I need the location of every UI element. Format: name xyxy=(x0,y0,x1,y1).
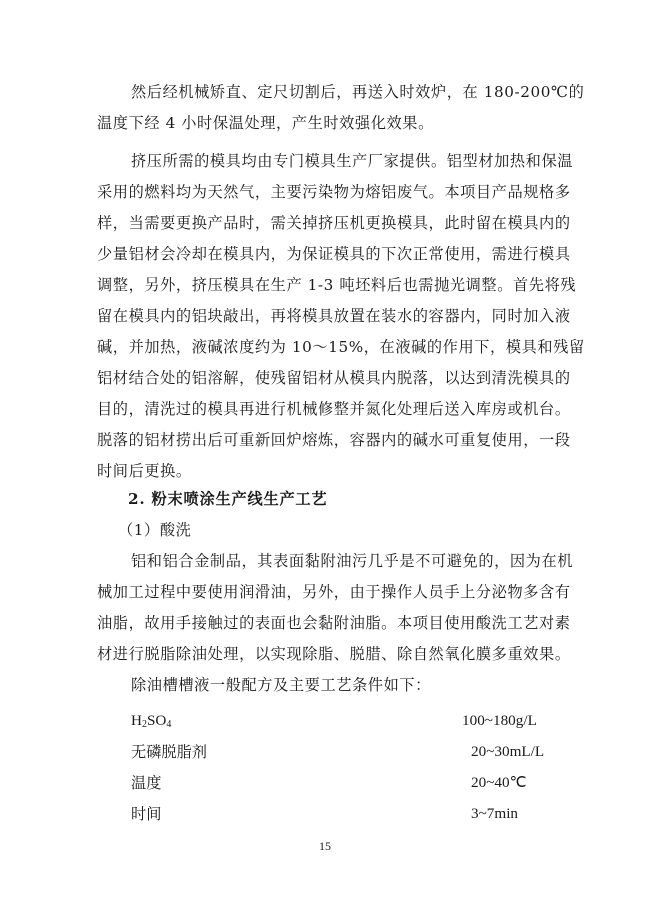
text-line: 样，当需要更换产品时，需关掉挤压机更换模具，此时留在模具内的 xyxy=(97,213,557,233)
formula-component: H2SO4 xyxy=(131,711,171,735)
text-line: 油脂，故用手接触过的表面也会黏附油脂。本项目使用酸洗工艺对素 xyxy=(97,613,557,633)
formula-value: 3~7min xyxy=(471,804,518,824)
text-line: 铝材结合处的铝溶解，使残留铝材从模具内脱落，以达到清洗模具的 xyxy=(97,368,557,388)
text-line: 留在模具内的铝块敲出，再将模具放置在装水的容器内，同时加入液 xyxy=(97,306,557,326)
text-line: 温度下经 4 小时保温处理，产生时效强化效果。 xyxy=(97,113,557,133)
text-line: 除油槽槽液一般配方及主要工艺条件如下： xyxy=(131,675,557,695)
text-line: 少量铝材会冷却在模具内，为保证模具的下次正常使用，需进行模具 xyxy=(97,244,557,264)
formula-value: 100~180g/L xyxy=(462,711,537,731)
page-number: 15 xyxy=(0,839,650,854)
formula-value: 20~40℃ xyxy=(471,773,527,793)
formula-component: 时间 xyxy=(131,804,161,824)
text-line: 采用的燃料均为天然气，主要污染物为熔铝废气。本项目产品规格多 xyxy=(97,182,557,202)
formula-value: 20~30mL/L xyxy=(471,742,544,762)
document-page: 然后经机械矫直、定尺切割后，再送入时效炉，在 180-200℃的温度下经 4 小… xyxy=(0,0,650,900)
text-line: 材进行脱脂除油处理，以实现除脂、脱腊、除自然氧化膜多重效果。 xyxy=(97,644,557,664)
text-line: 械加工过程中要使用润滑油，另外，由于操作人员手上分泌物多含有 xyxy=(97,582,557,602)
subsection-heading: （1）酸洗 xyxy=(118,520,578,540)
text-line: 脱落的铝材捞出后可重新回炉熔炼，容器内的碱水可重复使用，一段 xyxy=(97,430,557,450)
section-heading: 2. 粉末喷涂生产线生产工艺 xyxy=(128,489,588,509)
formula-component: 无磷脱脂剂 xyxy=(131,742,207,762)
formula-component: 温度 xyxy=(131,773,161,793)
text-line: 目的，清洗过的模具再进行机械修整并氮化处理后送入库房或机台。 xyxy=(97,399,557,419)
text-line: 碱，并加热，液碱浓度约为 10～15%，在液碱的作用下，模具和残留 xyxy=(97,337,557,357)
text-line: 调整，另外，挤压模具在生产 1-3 吨坯料后也需抛光调整。首先将残 xyxy=(97,275,557,295)
text-line: 铝和铝合金制品，其表面黏附油污几乎是不可避免的，因为在机 xyxy=(131,551,557,571)
text-line: 然后经机械矫直、定尺切割后，再送入时效炉，在 180-200℃的 xyxy=(131,82,557,102)
text-line: 挤压所需的模具均由专门模具生产厂家提供。铝型材加热和保温 xyxy=(131,151,557,171)
text-line: 时间后更换。 xyxy=(97,461,557,481)
